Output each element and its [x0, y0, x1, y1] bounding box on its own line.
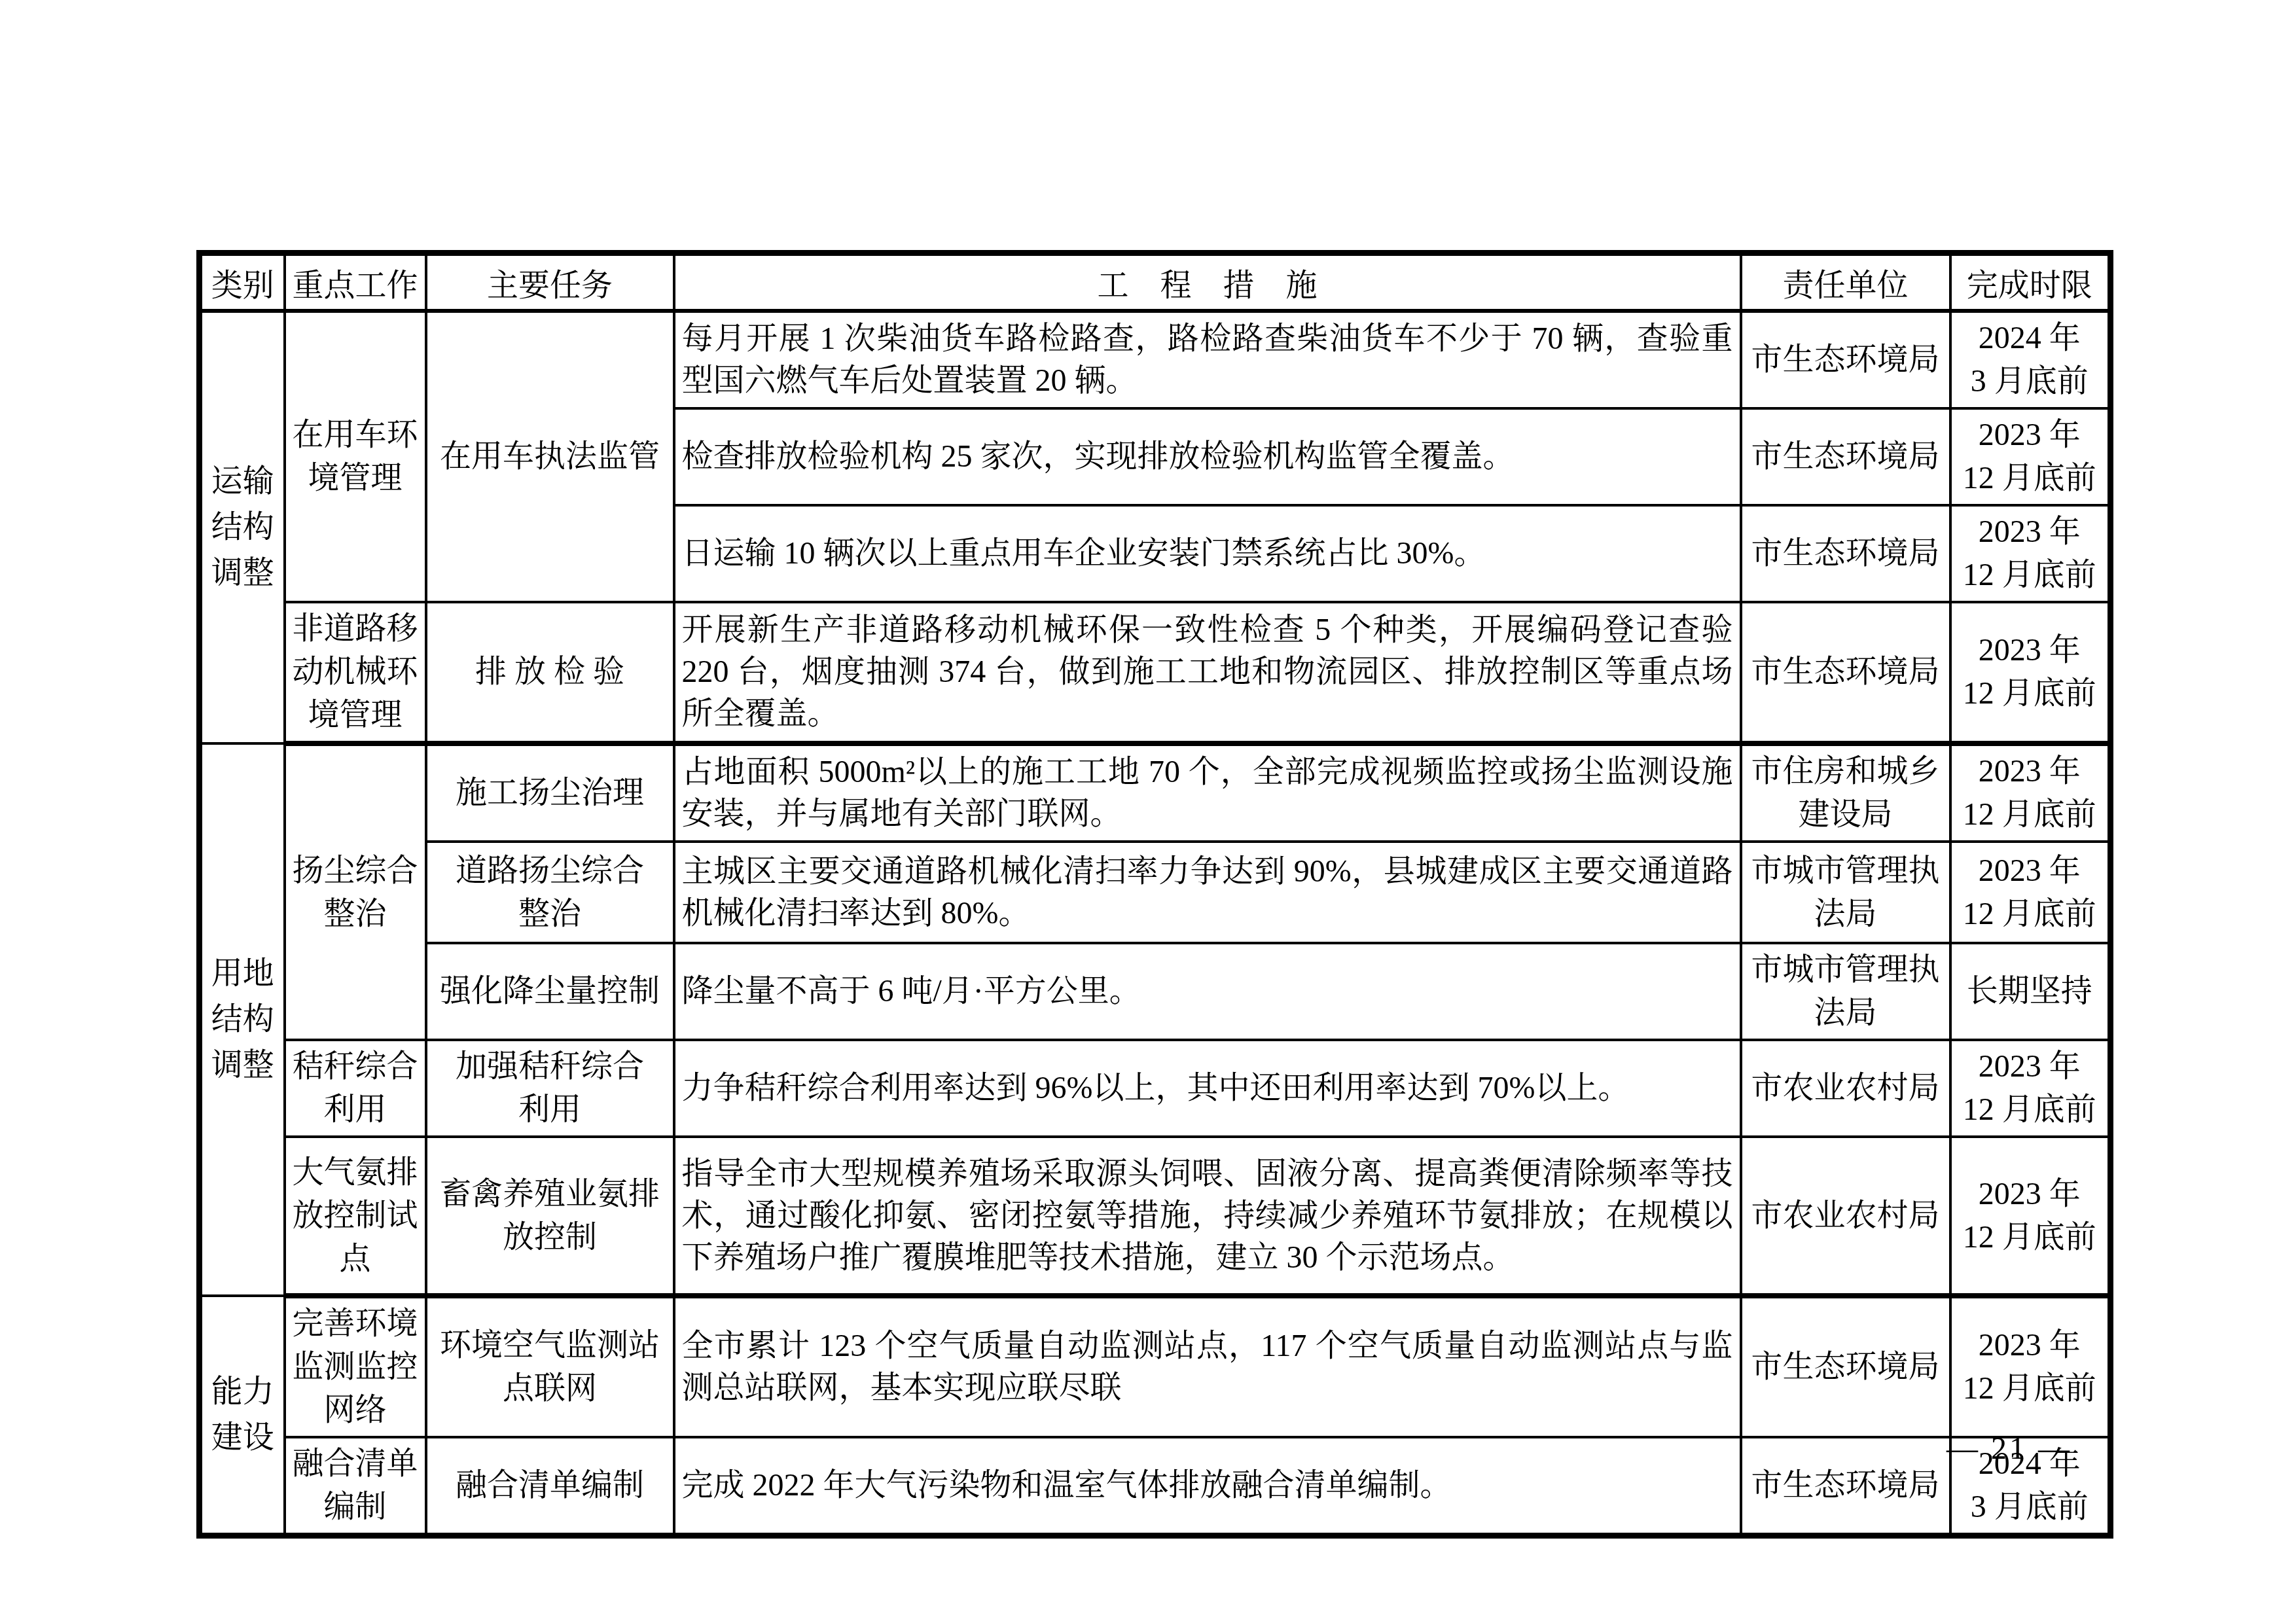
- cell-key-work: 在用车环 境管理: [285, 311, 426, 602]
- cell-key-work: 非道路移 动机械环 境管理: [285, 602, 426, 743]
- col-header-deadline: 完成时限: [1950, 253, 2111, 312]
- cell-main-task: 强化降尘量控制: [426, 943, 674, 1040]
- cell-main-task: 道路扬尘综合 整治: [426, 842, 674, 943]
- cell-measure: 占地面积 5000m²以上的施工工地 70 个，全部完成视频监控或扬尘监测设施安…: [674, 743, 1741, 842]
- cell-key-work: 完善环境 监测监控 网络: [285, 1296, 426, 1437]
- cell-measure: 主城区主要交通道路机械化清扫率力争达到 90%，县城建成区主要交通道路机械化清扫…: [674, 842, 1741, 943]
- cell-key-work: 融合清单 编制: [285, 1437, 426, 1536]
- cell-unit: 市生态环境局: [1741, 1437, 1950, 1536]
- table-row: 秸秆综合 利用 加强秸秆综合 利用 力争秸秆综合利用率达到 96%以上，其中还田…: [200, 1040, 2111, 1137]
- cell-deadline: 2023 年 12 月底前: [1950, 743, 2111, 842]
- cell-main-task: 畜禽养殖业氨排 放控制: [426, 1137, 674, 1296]
- cell-unit: 市生态环境局: [1741, 311, 1950, 408]
- cell-unit: 市生态环境局: [1741, 1296, 1950, 1437]
- table-row: 融合清单 编制 融合清单编制 完成 2022 年大气污染物和温室气体排放融合清单…: [200, 1437, 2111, 1536]
- cell-main-task: 施工扬尘治理: [426, 743, 674, 842]
- cell-measure: 每月开展 1 次柴油货车路检路查，路检路查柴油货车不少于 70 辆，查验重型国六…: [674, 311, 1741, 408]
- table-row: 道路扬尘综合 整治 主城区主要交通道路机械化清扫率力争达到 90%，县城建成区主…: [200, 842, 2111, 943]
- cell-deadline: 2024 年 3 月底前: [1950, 311, 2111, 408]
- col-header-key-work: 重点工作: [285, 253, 426, 312]
- cell-deadline: 2023 年 12 月底前: [1950, 408, 2111, 505]
- cell-measure: 全市累计 123 个空气质量自动监测站点，117 个空气质量自动监测站点与监测总…: [674, 1296, 1741, 1437]
- cell-category: 用地 结构 调整: [200, 743, 285, 1296]
- cell-measure: 开展新生产非道路移动机械环保一致性检查 5 个种类，开展编码登记查验 220 台…: [674, 602, 1741, 743]
- cell-measure: 日运输 10 辆次以上重点用车企业安装门禁系统占比 30%。: [674, 505, 1741, 602]
- cell-main-task: 加强秸秆综合 利用: [426, 1040, 674, 1137]
- cell-deadline: 2023 年 12 月底前: [1950, 1137, 2111, 1296]
- table-row: 运输 结构 调整 在用车环 境管理 在用车执法监管 每月开展 1 次柴油货车路检…: [200, 311, 2111, 408]
- cell-deadline: 2023 年 12 月底前: [1950, 602, 2111, 743]
- col-header-main-task: 主要任务: [426, 253, 674, 312]
- table-row: 能力 建设 完善环境 监测监控 网络 环境空气监测站 点联网 全市累计 123 …: [200, 1296, 2111, 1437]
- table-row: 强化降尘量控制 降尘量不高于 6 吨/月·平方公里。 市城市管理执 法局 长期坚…: [200, 943, 2111, 1040]
- cell-measure: 降尘量不高于 6 吨/月·平方公里。: [674, 943, 1741, 1040]
- cell-deadline: 2023 年 12 月底前: [1950, 1296, 2111, 1437]
- col-header-responsible-unit: 责任单位: [1741, 253, 1950, 312]
- cell-measure: 检查排放检验机构 25 家次，实现排放检验机构监管全覆盖。: [674, 408, 1741, 505]
- cell-deadline: 2023 年 12 月底前: [1950, 505, 2111, 602]
- cell-main-task: 在用车执法监管: [426, 311, 674, 602]
- action-plan-table: 类别 重点工作 主要任务 工 程 措 施 责任单位 完成时限 运输 结构 调整 …: [196, 250, 2113, 1539]
- cell-measure: 完成 2022 年大气污染物和温室气体排放融合清单编制。: [674, 1437, 1741, 1536]
- cell-unit: 市农业农村局: [1741, 1137, 1950, 1296]
- table-row: 非道路移 动机械环 境管理 排 放 检 验 开展新生产非道路移动机械环保一致性检…: [200, 602, 2111, 743]
- cell-unit: 市城市管理执 法局: [1741, 943, 1950, 1040]
- page-number: — 21 —: [1924, 1431, 2094, 1467]
- cell-key-work: 秸秆综合 利用: [285, 1040, 426, 1137]
- table-header-row: 类别 重点工作 主要任务 工 程 措 施 责任单位 完成时限: [200, 253, 2111, 312]
- document-page: 类别 重点工作 主要任务 工 程 措 施 责任单位 完成时限 运输 结构 调整 …: [0, 0, 2296, 1623]
- cell-unit: 市生态环境局: [1741, 408, 1950, 505]
- col-header-category: 类别: [200, 253, 285, 312]
- cell-main-task: 环境空气监测站 点联网: [426, 1296, 674, 1437]
- cell-category: 能力 建设: [200, 1296, 285, 1536]
- cell-unit: 市生态环境局: [1741, 602, 1950, 743]
- cell-unit: 市生态环境局: [1741, 505, 1950, 602]
- cell-main-task: 排 放 检 验: [426, 602, 674, 743]
- cell-deadline: 2023 年 12 月底前: [1950, 842, 2111, 943]
- cell-unit: 市城市管理执 法局: [1741, 842, 1950, 943]
- table-row: 大气氨排 放控制试 点 畜禽养殖业氨排 放控制 指导全市大型规模养殖场采取源头饲…: [200, 1137, 2111, 1296]
- cell-unit: 市农业农村局: [1741, 1040, 1950, 1137]
- cell-measure: 力争秸秆综合利用率达到 96%以上，其中还田利用率达到 70%以上。: [674, 1040, 1741, 1137]
- table-row: 用地 结构 调整 扬尘综合 整治 施工扬尘治理 占地面积 5000m²以上的施工…: [200, 743, 2111, 842]
- cell-measure: 指导全市大型规模养殖场采取源头饲喂、固液分离、提高粪便清除频率等技术，通过酸化抑…: [674, 1137, 1741, 1296]
- cell-deadline: 2023 年 12 月底前: [1950, 1040, 2111, 1137]
- cell-key-work: 扬尘综合 整治: [285, 743, 426, 1040]
- cell-deadline: 长期坚持: [1950, 943, 2111, 1040]
- col-header-measures: 工 程 措 施: [674, 253, 1741, 312]
- cell-main-task: 融合清单编制: [426, 1437, 674, 1536]
- cell-category: 运输 结构 调整: [200, 311, 285, 743]
- cell-key-work: 大气氨排 放控制试 点: [285, 1137, 426, 1296]
- cell-unit: 市住房和城乡 建设局: [1741, 743, 1950, 842]
